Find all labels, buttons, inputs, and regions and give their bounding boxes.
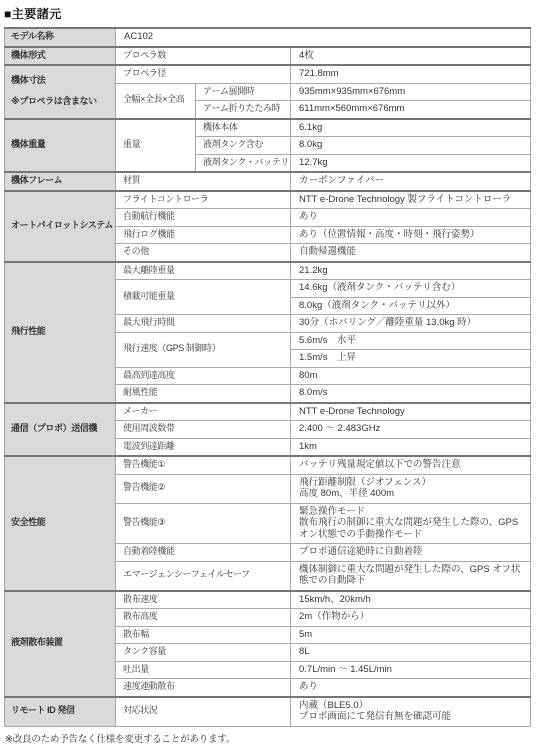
spec-item-cell: 材質: [116, 172, 291, 191]
spec-value-cell: カーボンファイバー: [291, 172, 531, 191]
spec-category-cell: 飛行性能: [5, 262, 116, 403]
spec-category-cell: 機体重量: [5, 119, 116, 173]
spec-value-cell: バッテリ残量規定値以下での警告注意: [291, 456, 531, 474]
spec-item-cell: 電波到達距離: [116, 438, 291, 456]
spec-value-cell: 1km: [291, 438, 531, 456]
spec-value-cell: あり: [291, 209, 531, 227]
spec-category-cell: 通信（プロポ）送信機: [5, 403, 116, 457]
spec-item-cell: 積載可能重量: [116, 280, 291, 315]
spec-item-cell: 重量: [116, 119, 196, 173]
spec-value-cell: 飛行距離制限（ジオフェンス） 高度 80m、半径 400m: [291, 474, 531, 503]
spec-value-cell: 8.0kg（液剤タンク・バッテリ以外）: [291, 297, 531, 315]
spec-item-cell: 対応状況: [116, 697, 291, 727]
table-row: モデル名称 AC102: [5, 28, 531, 47]
spec-item-cell: 飛行ログ機能: [116, 226, 291, 244]
spec-subitem-cell: 機体本体: [196, 119, 291, 137]
table-row: 機体フレーム 材質 カーボンファイバー: [5, 172, 531, 191]
spec-item-cell: 使用周波数帯: [116, 421, 291, 439]
spec-category-label: 機体寸法: [11, 75, 111, 87]
spec-value-cell: 21.2kg: [291, 262, 531, 280]
spec-item-cell: 警告機能①: [116, 456, 291, 474]
spec-item-cell: 散布幅: [116, 626, 291, 644]
spec-category-cell: オートパイロットシステム: [5, 191, 116, 262]
spec-value-cell: NTT e-Drone Technology 製フライトコントローラ: [291, 191, 531, 209]
spec-value-cell: プロポ通信途絶時に自動着陸: [291, 544, 531, 562]
spec-value-cell: 12.7kg: [291, 154, 531, 172]
spec-item-cell: エマージェンシーフェイルセーフ: [116, 561, 291, 591]
spec-value-cell: 4枚: [291, 47, 531, 66]
spec-item-cell: その他: [116, 244, 291, 262]
spec-value-cell: 935mm×935mm×676mm: [291, 83, 531, 101]
spec-value-cell: あり（位置情報・高度・時刻・飛行姿勢）: [291, 226, 531, 244]
spec-category-cell: リモート ID 発信: [5, 697, 116, 727]
spec-value-cell: 721.8mm: [291, 65, 531, 83]
spec-subitem-cell: アーム展開時: [196, 83, 291, 101]
spec-category-note: ※プロペラは含まない: [11, 96, 111, 108]
spec-item-cell: 散布高度: [116, 609, 291, 627]
spec-item-cell: 速度連動散布: [116, 679, 291, 697]
spec-value-cell: 14.6kg（液剤タンク・バッテリ含む）: [291, 280, 531, 298]
spec-value-cell: 自動帰還機能: [291, 244, 531, 262]
spec-category-cell: モデル名称: [5, 28, 116, 47]
spec-value-cell: 8.0kg: [291, 137, 531, 155]
spec-item-cell: 最大離陸重量: [116, 262, 291, 280]
spec-item-cell: 自動航行機能: [116, 209, 291, 227]
spec-subitem-cell: 液剤タンク・バッテリ含む: [196, 154, 291, 172]
spec-sheet: ■主要諸元 モデル名称 AC102 機体形式 プロペラ数 4枚 機体寸法 ※プロ…: [0, 0, 536, 745]
spec-item-cell: 散布速度: [116, 591, 291, 609]
spec-item-cell: プロペラ数: [116, 47, 291, 66]
footnote: ※改良のため予告なく仕様を変更することがあります。: [5, 731, 531, 745]
spec-item-cell: 耐風性能: [116, 385, 291, 403]
spec-subitem-cell: アーム折りたたみ時: [196, 101, 291, 119]
spec-value-cell: あり: [291, 679, 531, 697]
spec-subitem-cell: 液剤タンク含む: [196, 137, 291, 155]
spec-item-cell: 自動着陸機能: [116, 544, 291, 562]
spec-value-cell: 2m（作物から）: [291, 609, 531, 627]
spec-value-cell: 1.5m/s 上昇: [291, 350, 531, 368]
spec-value-cell: 機体制御に重大な問題が発生した際の、GPS オフ状態での自動降下: [291, 561, 531, 591]
table-row: 機体寸法 ※プロペラは含まない プロペラ径 721.8mm: [5, 65, 531, 83]
table-row: 通信（プロポ）送信機 メーカー NTT e-Drone Technology: [5, 403, 531, 421]
spec-item-cell: 警告機能③: [116, 503, 291, 544]
spec-value-cell: 8.0m/s: [291, 385, 531, 403]
spec-item-cell: タンク容量: [116, 644, 291, 662]
spec-category-cell: 機体形式: [5, 47, 116, 66]
spec-item-cell: 最高到達高度: [116, 367, 291, 385]
spec-value-cell: 80m: [291, 367, 531, 385]
table-row: リモート ID 発信 対応状況 内蔵（BLE5.0） プロポ画面にて発信有無を確…: [5, 697, 531, 727]
spec-category-cell: 安全性能: [5, 456, 116, 591]
spec-category-cell: 機体フレーム: [5, 172, 116, 191]
table-row: 機体重量 重量 機体本体 6.1kg: [5, 119, 531, 137]
table-row: オートパイロットシステム フライトコントローラ NTT e-Drone Tech…: [5, 191, 531, 209]
spec-item-cell: プロペラ径: [116, 65, 291, 83]
spec-category-cell: 液剤散布装置: [5, 591, 116, 697]
spec-value-cell: 2.400 ～ 2.483GHz: [291, 421, 531, 439]
spec-value-cell: 15km/h、20km/h: [291, 591, 531, 609]
spec-item-cell: 最大飛行時間: [116, 315, 291, 333]
table-row: 機体形式 プロペラ数 4枚: [5, 47, 531, 66]
table-row: 飛行性能 最大離陸重量 21.2kg: [5, 262, 531, 280]
spec-table: モデル名称 AC102 機体形式 プロペラ数 4枚 機体寸法 ※プロペラは含まな…: [4, 27, 531, 727]
table-row: 液剤散布装置 散布速度 15km/h、20km/h: [5, 591, 531, 609]
spec-value-cell: 緊急操作モード 散布飛行の制御に重大な問題が発生した際の、GPS オン状態での手…: [291, 503, 531, 544]
spec-item-cell: 吐出量: [116, 661, 291, 679]
spec-item-cell: 警告機能②: [116, 474, 291, 503]
spec-value-cell: 6.1kg: [291, 119, 531, 137]
spec-value-cell: 5m: [291, 626, 531, 644]
spec-item-cell: フライトコントローラ: [116, 191, 291, 209]
spec-item-cell: メーカー: [116, 403, 291, 421]
spec-value-cell: 611mm×560mm×676mm: [291, 101, 531, 119]
spec-value-cell: AC102: [116, 28, 531, 47]
spec-item-cell: 飛行速度（GPS 制御時）: [116, 332, 291, 367]
spec-value-cell: 30分（ホバリング／離陸重量 13.0kg 時）: [291, 315, 531, 333]
table-row: 安全性能 警告機能① バッテリ残量規定値以下での警告注意: [5, 456, 531, 474]
spec-value-cell: NTT e-Drone Technology: [291, 403, 531, 421]
spec-value-cell: 8L: [291, 644, 531, 662]
spec-value-cell: 5.6m/s 水平: [291, 332, 531, 350]
spec-item-cell: 全幅×全長×全高: [116, 83, 196, 119]
spec-value-cell: 内蔵（BLE5.0） プロポ画面にて発信有無を確認可能: [291, 697, 531, 727]
spec-category-cell: 機体寸法 ※プロペラは含まない: [5, 65, 116, 119]
page-title: ■主要諸元: [4, 5, 531, 22]
spec-value-cell: 0.7L/min ～ 1.45L/min: [291, 661, 531, 679]
